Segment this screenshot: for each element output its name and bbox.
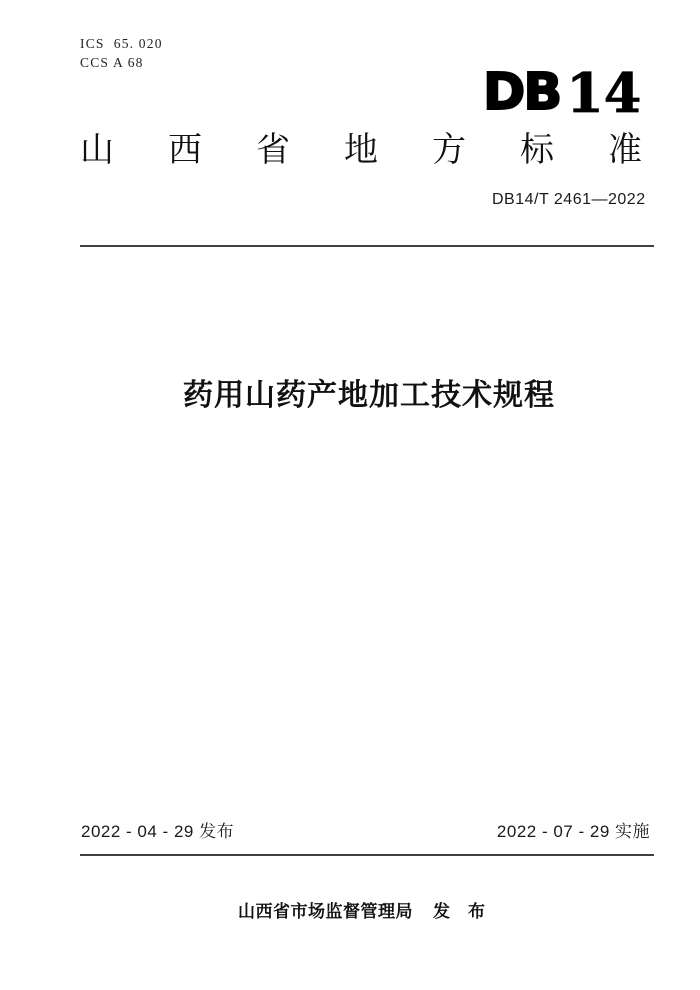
- bottom-divider-rule: [80, 854, 654, 856]
- standard-number: DB14/T 2461—2022: [492, 192, 646, 208]
- issuer-name: 山西省市场监督管理局: [238, 903, 413, 920]
- db14-logo-prefix: DB: [483, 71, 560, 115]
- db14-logo: DB 14: [483, 71, 641, 115]
- document-title: 药用山药产地加工技术规程: [183, 381, 555, 411]
- issue-action-label: 发布: [433, 903, 503, 920]
- db14-logo-number: 14: [566, 71, 641, 115]
- standard-cover-page: ICS 65. 020 CCS A 68 DB 14 山西省地方标准 DB14/…: [0, 0, 700, 990]
- ics-code: ICS 65. 020: [80, 37, 163, 51]
- issue-date: 2022 - 04 - 29 发布: [81, 823, 234, 840]
- implementation-date: 2022 - 07 - 29 实施: [497, 823, 650, 840]
- standard-category-heading: 山西省地方标准: [80, 133, 696, 167]
- ccs-code: CCS A 68: [80, 56, 144, 70]
- top-divider-rule: [80, 245, 654, 247]
